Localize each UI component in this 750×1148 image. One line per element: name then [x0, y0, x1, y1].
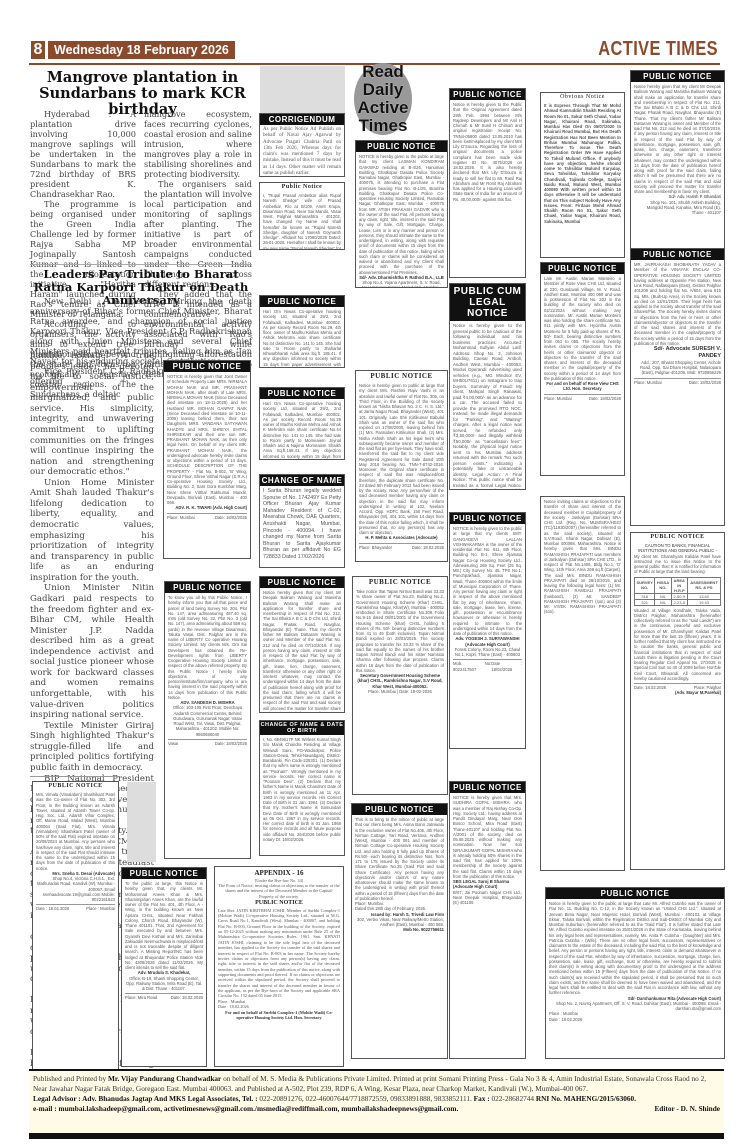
notice-title: PUBLIC NOTICE: [122, 868, 206, 879]
notice-address: Office: 103-105 First Floor, Devchaya Aa…: [168, 705, 247, 737]
notice-date: Date: 18.02.2026: [171, 995, 203, 1000]
notice-body: NOTICE is hereby given that Mrs. SUDHIRA…: [453, 795, 522, 879]
notice-title: CORRIGENDUM: [260, 114, 344, 125]
notice-footer: VasaiDate: 18/02/2026: [168, 739, 247, 746]
notice-rashmi-vashi: PUBLIC NOTICE Notice is hereby given to …: [355, 370, 448, 562]
notice-body: As per Public Notice Ad Publish on behal…: [263, 127, 341, 177]
notice-bindu-prajapati: Notice inviting claims or objections to …: [540, 496, 625, 871]
fax-label: Fax :: [474, 1094, 490, 1103]
notice-title: PUBLIC NOTICE: [631, 71, 724, 82]
notice-title: Obvious Notice: [541, 93, 624, 101]
notice-name-dob-change: CHANGE OF NAME & DATE OF BIRTH I, No. 68…: [259, 720, 345, 856]
notice-date: Date: 18/02/2026: [215, 741, 247, 746]
notice-body: Notice hereby given that my client Mr De…: [263, 590, 341, 713]
notice-place: Place: Mumbai: [544, 396, 572, 401]
editor-credit: Editor - D. N. Shinde: [654, 1104, 720, 1114]
notice-footer: Place: MumbaiDate: 18/02/2026: [634, 378, 721, 385]
notice-address: Forest Colony, Room No.23, Chawl No.1, K…: [453, 647, 522, 658]
notice-body: This is to bring to the notice of public…: [355, 817, 444, 901]
notice-appendix-16: APPENDIX - 16 [Under the Bye-law No. 34]…: [214, 866, 344, 1067]
notice-body: Notice inviting claims or objections to …: [544, 499, 621, 615]
promo-word: Active: [357, 99, 408, 117]
notice-body: Notice is hereby given to the general pu…: [453, 323, 522, 490]
notice-title: APPENDIX - 16: [218, 869, 340, 878]
legal-advisor: Legal Advisor : Adv. Bhanudas Jagtap And…: [33, 1094, 258, 1103]
notice-body: I, "Rupal Prasad Ambetkar alias Rupal Na…: [263, 193, 341, 250]
notice-body: To know you all by this Public Notice, I…: [168, 595, 247, 700]
notice-title: Public Notice: [260, 183, 344, 191]
column-header: AREA IN H.R.P: [671, 577, 687, 593]
page-number: 8: [31, 41, 45, 59]
notice-anees-khan: PUBLIC NOTICE To the public at large, th…: [121, 867, 207, 1067]
promo-word: Daily: [363, 81, 404, 99]
paragraph: mangrove ecosystem, faces recurring cycl…: [144, 109, 252, 179]
notice-body: NOTICE is hereby given to the public at …: [359, 154, 444, 275]
notice-caution-banks: PUBLIC NOTICE CAUTION TO BANKS, FINANCIA…: [630, 532, 725, 870]
notice-body: Notice hereby given that my client Mr De…: [634, 84, 721, 194]
notice-body: Notice is hereby given to the public at …: [549, 901, 721, 996]
cell: NIL: [655, 599, 671, 605]
notice-footer: Mob. No: 9022417507Date : 18/02/2026: [453, 659, 522, 672]
notice-body: NOTICE is hereby given that Joint Owner …: [167, 374, 247, 505]
notice-asma-jatniwala: PUBLIC NOTICE This is to bring to the no…: [351, 803, 448, 1059]
cell: 2-23-5: [671, 599, 687, 605]
notice-body: My client Mr. Ghanshyam Kalidas Patel ha…: [634, 554, 721, 575]
notice-address: Shop No.4, Yojana Apartment, S. V. Road,…: [359, 280, 444, 288]
notice-body: It is Express Through That Mr Mohd Ahmad…: [544, 103, 621, 224]
notice-hari-om-niwas-1: PUBLIC NOTICE Hari Om Niwas Co-operative…: [259, 295, 345, 368]
notice-alfred-cutinho: PUBLIC NOTICE Notice is hereby given to …: [545, 887, 725, 1059]
imprint-line-email: e-mail : mumbai.lakshadeep@gmail.com, ac…: [33, 1104, 720, 1114]
paragraph: Union Minister Nitin Gadkari paid respec…: [30, 583, 154, 720]
paragraph: humble homage: "A true people's leader, …: [30, 351, 154, 478]
notice-mobile: Mob No. 9022756611: [355, 927, 444, 932]
notice-intro: The Form of Notice, inviting claims or o…: [218, 883, 340, 899]
notice-body: I, No. 6849617P NK Wirless Kumar Singh S…: [263, 737, 341, 842]
notice-title: PUBLIC NOTICE: [260, 388, 344, 399]
notice-address: Add.: 207, Bharat Shopping Center, Achol…: [634, 360, 721, 376]
notice-date: Date : 18/02/2026: [491, 661, 522, 672]
paragraph: Textile Minister Giriraj Singh highlight…: [30, 721, 154, 774]
notice-body: situated at Village Kondhale, Taluka Vad…: [634, 608, 721, 682]
notice-date: Date: 18/02/2026: [589, 396, 621, 401]
notice-body: Mrs. Vimala (Vimalaben) Shashikant Patel…: [36, 792, 115, 871]
notice-place: Place : Mumbai: [86, 906, 115, 911]
notice-body: Notice is hereby given to the Public tha…: [453, 102, 522, 202]
notice-footer: Place: BhayanderDate: 18.02.2026: [359, 543, 444, 550]
notice-footer: Date: 18.02.2026Place: Palghar: [634, 683, 721, 690]
column-header: ASSESSMENT RS. & PS: [687, 577, 720, 593]
rni-number: RNI No. MAHENG/2015/63060.: [536, 1094, 636, 1103]
notice-date: Date : 18.02.2026: [549, 1017, 721, 1022]
notice-footer: Place: MumbaiDate: 18/02/2026: [167, 513, 247, 520]
notice-title: CHANGE OF NAME: [260, 475, 344, 486]
promo-word: Times: [359, 117, 408, 135]
notice-date: Date: 18/02/2026: [689, 380, 721, 385]
notice-body: Late Shri. JATIN KIRITBHAI JOSHI, Member…: [218, 908, 340, 999]
notice-title: PUBLIC NOTICE: [164, 361, 250, 372]
notice-title: PUBLIC NOTICE: [450, 782, 525, 793]
notice-subtitle: CAUTION TO BANKS, FINANCIAL INSTITUTIONS…: [634, 543, 721, 554]
notice-change-of-name: CHANGE OF NAME I Sarita Bhuran legally w…: [259, 474, 345, 568]
notice-title: PUBLIC NOTICE: [218, 900, 340, 908]
notice-title: PUBLIC NOTICE: [260, 577, 344, 588]
notice-rupal-name-change: Public Notice I, "Rupal Prasad Ambetkar …: [259, 182, 345, 250]
notice-body: Hari Om Niwas Co-operative housing socie…: [263, 401, 341, 460]
notice-signatory: H. P. Mehta & Associates (Advocate): [359, 535, 444, 540]
promo-word: Read: [362, 63, 404, 81]
notice-title: PUBLIC NOTICE: [352, 804, 447, 815]
notice-title: PUBLIC NOTICE: [165, 582, 250, 593]
notice-laxman-gaikwad: PUBLIC NOTICE NOTICE is hereby given to …: [355, 140, 448, 288]
notice-body: Late Mr. Austin Marian Monteiro a Member…: [544, 276, 621, 381]
notice-title: PUBLIC NOTICE: [353, 577, 447, 587]
notice-address: 302, Vertex Vikas, Near Railway/Metro St…: [355, 917, 444, 928]
notice-lily-dsouza: PUBLIC NOTICE Notice is hereby given to …: [449, 88, 526, 278]
masthead-brand: ACTIVE TIMES: [598, 38, 718, 61]
notice-signatory: Adv. YOGESH J. SURYAWANSHI (Advocate Hig…: [453, 636, 522, 647]
notice-prashant-naik: PUBLIC NOTICE NOTICE is hereby given tha…: [163, 360, 251, 559]
notice-place: Vasai: [168, 741, 178, 746]
notice-title: PUBLIC CUM LEGAL NOTICE: [450, 284, 525, 321]
notice-footer: Place: Mira RoadDate: 18.02.2026: [125, 993, 203, 1000]
notice-body: MR. JAIPRAKASH SHOBHNATH YADAV a Member …: [634, 262, 721, 346]
notice-signatory: For and on behalf of Surbhi Complex-1 (M…: [218, 1010, 340, 1021]
notice-vimala-patel: PUBLIC NOTICE Mrs. Vimala (Vimalaben) Sh…: [32, 781, 119, 1070]
notice-deepak-warang: PUBLIC NOTICE Notice hereby given that m…: [630, 70, 725, 275]
notice-address: Office: B-19, Shanti Shopping Center, Op…: [125, 976, 203, 992]
notice-title: PUBLIC NOTICE: [33, 782, 118, 790]
imprint-footer: Published and Printed by Mr. Vijay Pandu…: [29, 1069, 724, 1139]
notice-body: Notice is hereby given to public at larg…: [359, 383, 444, 535]
notice-title: PUBLIC NOTICE: [450, 89, 525, 100]
paragraph: Union Home Minister Amit Shah lauded Tha…: [30, 478, 154, 584]
notice-hari-om-niwas-2: PUBLIC NOTICE Hari Om Niwas Co-operative…: [259, 387, 345, 460]
fax-number: 022-28682744: [491, 1094, 534, 1103]
notice-place: Place: Mumbai: [634, 380, 662, 385]
ad-placeholder: [260, 66, 345, 116]
notice-liberty-society: PUBLIC NOTICE To know you all by this Pu…: [164, 581, 251, 859]
notice-date: Date: 18/02/2026: [215, 515, 247, 520]
table-header-row: SURVEY NO. HISSA NO. AREA IN H.R.P ASSES…: [635, 577, 721, 593]
notice-signatory: SBS LEGAL Saroj B Sharma (Advocate High …: [453, 879, 522, 890]
notice-title: PUBLIC NOTICE: [356, 371, 447, 381]
notice-signatory: Sd/- Advocate SURESH V. PANDEY: [634, 346, 721, 360]
notice-tapan-bandi: PUBLIC NOTICE Take notice that Tapan Nir…: [352, 576, 448, 795]
notice-address: Shop No. 101, Shubh Ashish Building, Mar…: [634, 200, 721, 216]
notice-title: PUBLIC NOTICE: [546, 888, 724, 899]
email-label: e-mail :: [33, 1104, 57, 1113]
issue-date: Wednesday 18 February 2026: [48, 41, 235, 59]
column-header: SURVEY NO.: [635, 577, 655, 593]
notice-body: To the public at large, this Notice is h…: [125, 881, 203, 970]
cell: 2-50-9: [671, 593, 687, 599]
notice-place-date: Place: Mumbai | Date: 18-02-2026: [356, 689, 444, 694]
ad-placeholder: [127, 782, 156, 862]
notice-footer: Date : 18.02.2026Place : Mumbai: [36, 904, 115, 911]
notice-title: PUBLIC NOTICE: [260, 296, 344, 307]
table-row: 318 NIL 2-50-9 13.60: [635, 593, 721, 599]
divider: [30, 776, 120, 777]
notice-body: Hari Om Niwas Co-operative housing socie…: [263, 309, 341, 368]
notice-footer: Place: MumbaiDate: 18/02/2026: [544, 394, 621, 401]
notice-title: PUBLIC NOTICE: [356, 141, 447, 152]
column-header: HISSA NO.: [655, 577, 671, 593]
notice-gangadevi-vishwakarma: PUBLIC NOTICE NOTICE is hereby given to …: [449, 512, 526, 749]
table-row: 321 NIL 2-23-5 19.43: [635, 599, 721, 605]
notice-body: I Sarita Bhuran legally wedded Spouse of…: [263, 488, 341, 561]
notice-title: CHANGE OF NAME & DATE OF BIRTH: [260, 721, 344, 735]
notice-date: Date : 18.02.2026: [36, 906, 69, 911]
paragraph: Hyderabad : A plantation drive involving…: [30, 109, 136, 199]
notice-signatory: For and on behalf of Rose View CHS Ltd. …: [544, 381, 621, 392]
notice-place: Place: Mumbai: [167, 515, 195, 520]
divider: [30, 264, 252, 265]
notice-date: Date: 18.02.2026: [634, 685, 666, 690]
imprint-line-1: Published and Printed by Mr. Vijay Pandu…: [33, 1074, 720, 1094]
notice-mobile: Mob. No: 9022417507: [453, 661, 491, 672]
notice-body: NOTICE is hereby given to the public at …: [453, 526, 522, 636]
notice-sudhira-mishra: PUBLIC NOTICE NOTICE is hereby given tha…: [449, 781, 526, 1059]
notice-signatory: (Adv. Mayur M.Parehal): [634, 690, 721, 695]
notice-signatory: ADV. R. K. TIWARI (Adv. High Court): [167, 505, 247, 510]
imprint-text: Published and Printed by: [33, 1074, 106, 1083]
notice-jaiprakash-yadav: PUBLIC NOTICE MR. JAIPRAKASH SHOBHNATH Y…: [630, 248, 725, 526]
notice-title: PUBLIC NOTICE: [631, 249, 724, 260]
phone-numbers: 022-20891276, 022-46007644/7718872559, 0…: [259, 1094, 471, 1103]
notice-title: PUBLIC NOTICE: [450, 513, 525, 524]
email-addresses[interactable]: mumbai.lakshadeep@gmail.com, activetimes…: [59, 1104, 459, 1113]
notice-address: Shop No. 2, Navroj Apartment, Off. S. V.…: [549, 1001, 721, 1012]
notice-place: Place: Mira Road: [125, 995, 157, 1000]
notice-address: Shop No.4, Victoria C.H.S.L., Ext. Mathu…: [36, 876, 115, 902]
notice-signatory: Secretary Government Housing Scheme (kha…: [356, 673, 444, 689]
notice-subrata-banerjee: PUBLIC NOTICE Notice hereby given that m…: [259, 576, 345, 713]
notice-date: Date: 18.02.2026: [412, 545, 444, 550]
notice-body: Take notice that Tapan Nirmal Bandi was …: [356, 589, 444, 673]
notice-address: B/07, Jai Poonam Nagar CHS Ltd., Near De…: [453, 890, 522, 906]
notice-corrigendum: CORRIGENDUM As per Public Notice Ad Publ…: [259, 113, 345, 177]
notice-public-cum-legal: PUBLIC CUM LEGAL NOTICE Notice is hereby…: [449, 283, 526, 490]
cell: 19.43: [687, 599, 720, 605]
promo-read-daily-active-times: Read Daily Active Times: [354, 63, 412, 135]
notice-rose-view-chs: PUBLIC NOTICE Late Mr. Austin Marian Mon…: [540, 262, 625, 476]
page-header: 8 Wednesday 18 February 2026: [31, 41, 235, 59]
notice-title: PUBLIC NOTICE: [541, 263, 624, 274]
notice-title: PUBLIC NOTICE: [631, 533, 724, 541]
notice-place: Place: Bhayander: [359, 545, 392, 550]
land-survey-table: SURVEY NO. HISSA NO. AREA IN H.R.P ASSES…: [634, 577, 721, 606]
imprint-line-legal: Legal Advisor : Adv. Bhanudas Jagtap And…: [33, 1094, 720, 1104]
notice-obvious-shaikh: Obvious Notice It is Express Through Tha…: [540, 92, 625, 258]
publisher-name: Mr. Vijay Pandurang Chandwadkar: [108, 1074, 221, 1083]
cell: 321: [635, 599, 655, 605]
